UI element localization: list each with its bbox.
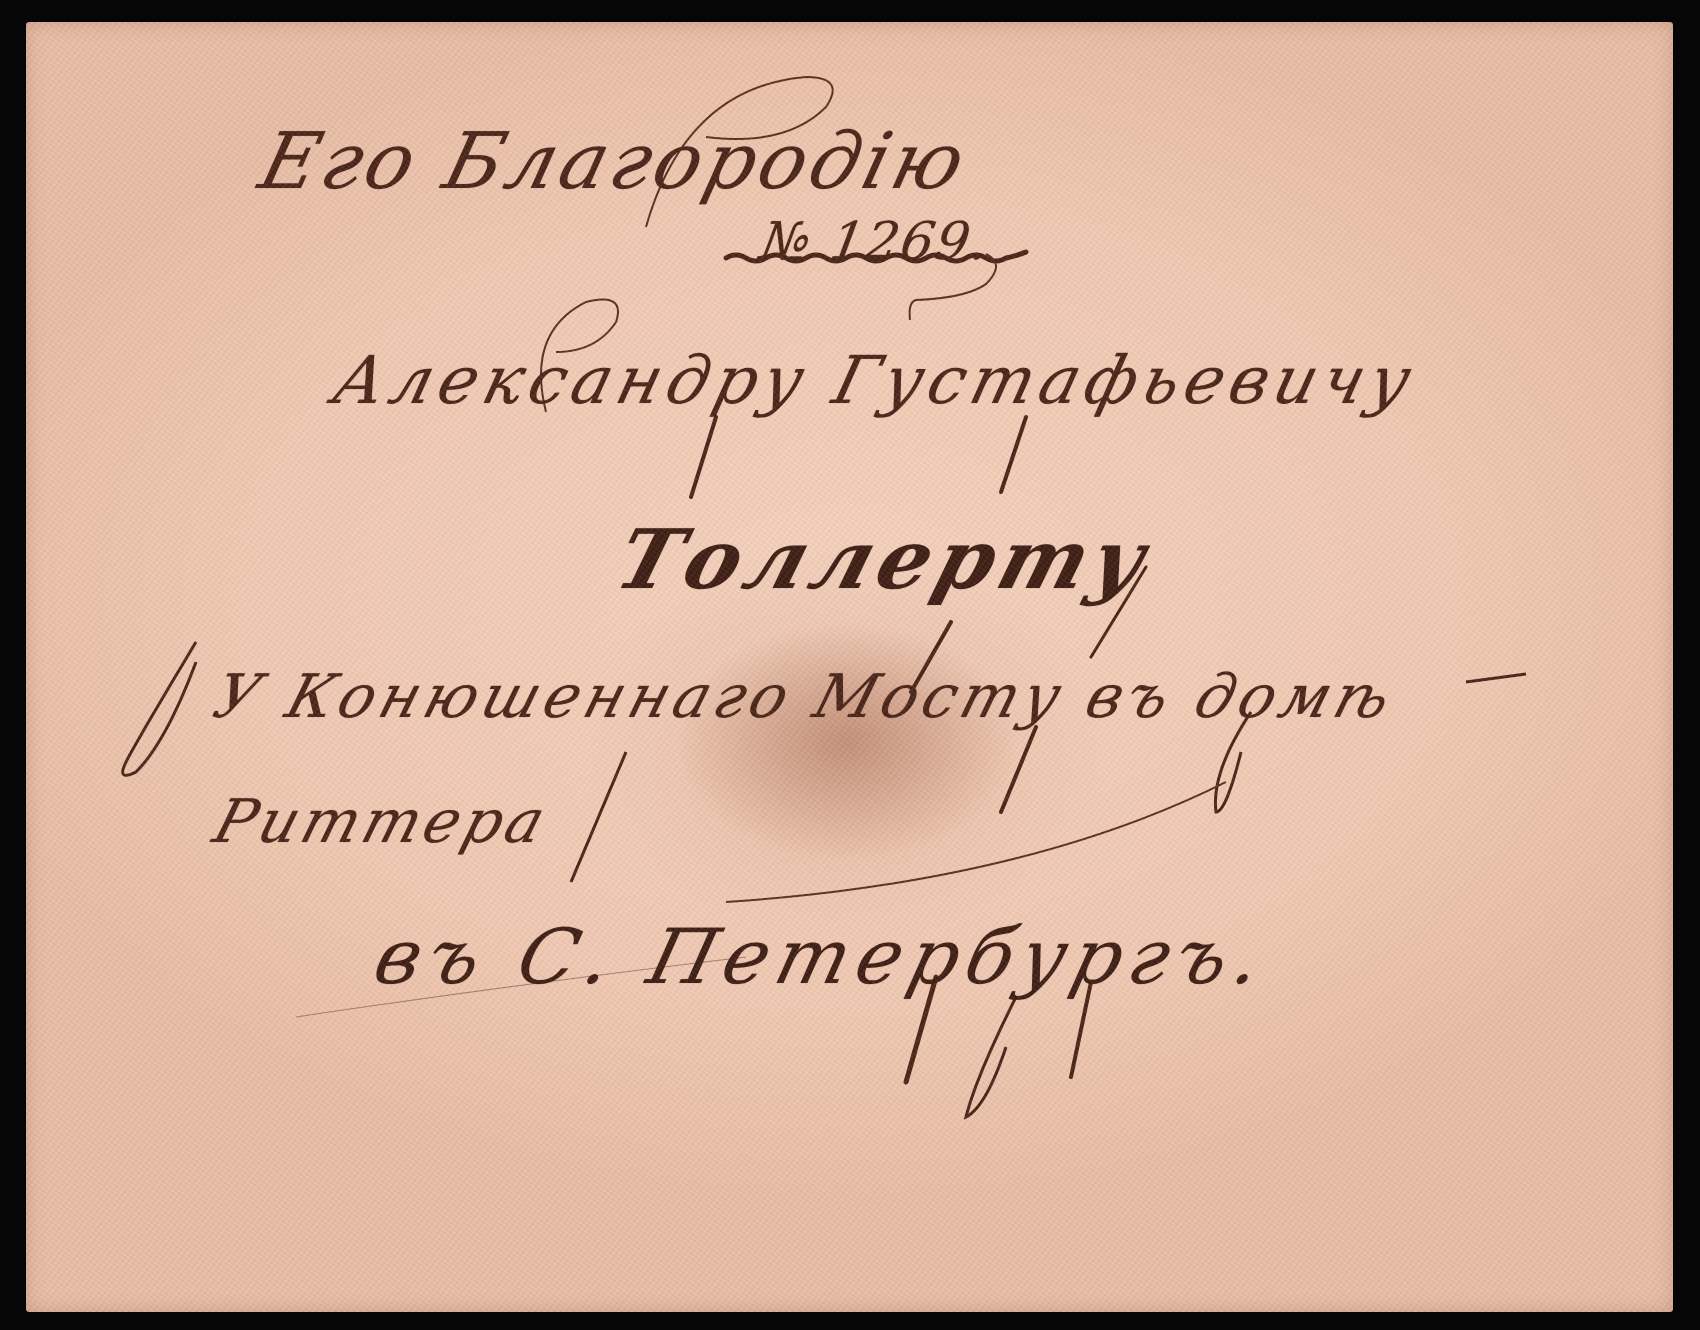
street-line: У Конюшеннаго Мосту въ домѣ [206,662,1404,732]
addressee-given-names: Александру Густафьевичу [326,342,1425,419]
envelope: Его Благородію № 1269. Александру Густаф… [26,22,1673,1312]
honorific-line: Его Благородію [251,117,977,207]
registration-number: № 1269. [756,212,995,272]
addressee-surname: Толлерту [606,512,1163,608]
house-owner: Риттера [206,787,557,857]
city-line: въ С. Петербургъ. [366,912,1279,1001]
